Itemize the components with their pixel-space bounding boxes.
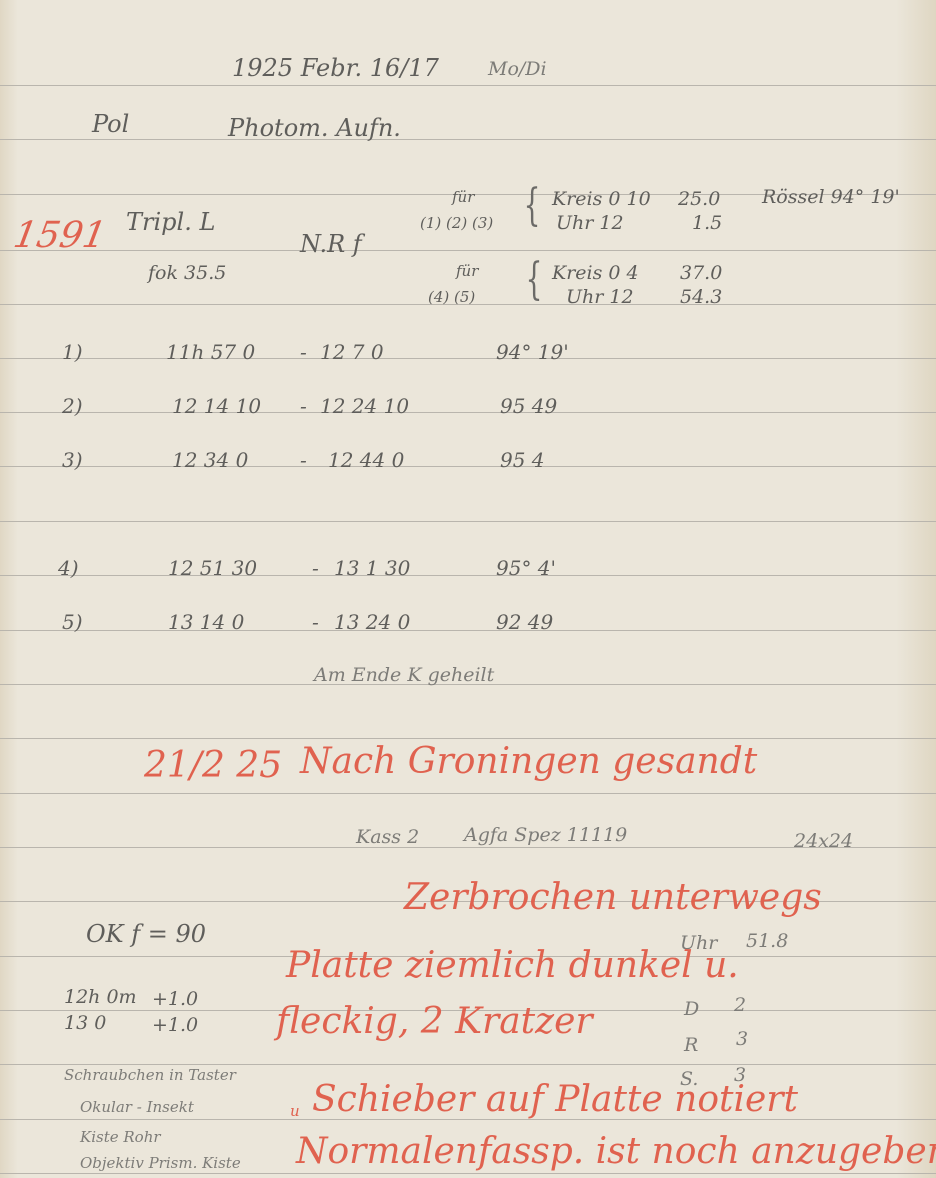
eyepiece-time: 13 0 (64, 1014, 106, 1033)
plate-size: 24x24 (794, 832, 853, 851)
eyepiece-value: +1.0 (152, 990, 198, 1009)
ruled-line (0, 738, 936, 739)
exposure-start: 11h 57 0 (166, 340, 255, 364)
exposure-start: 12 14 10 (172, 394, 261, 418)
ruled-line (0, 630, 936, 631)
ruled-line (0, 250, 936, 251)
exposure-number: 5) (62, 610, 83, 634)
exposure-number: 3) (62, 448, 83, 472)
sent-date: 21/2 25 (144, 748, 282, 784)
plate-number: 1591 (11, 218, 109, 254)
ruled-line (0, 466, 936, 467)
ruled-line (0, 139, 936, 140)
eyepiece-value: +1.0 (152, 1016, 198, 1035)
exposure-number: 4) (58, 556, 79, 580)
exposure-dash: - (312, 556, 319, 580)
sent-text: Nach Groningen gesandt (300, 744, 757, 780)
exposure-end-note: Am Ende K geheilt (314, 666, 494, 685)
correction-uhr: Uhr 12 (566, 288, 634, 307)
correction-exposures: (1) (2) (3) (420, 216, 493, 231)
rating-value: 3 (736, 1030, 748, 1049)
entry-weekday: Mo/Di (488, 60, 547, 79)
ruled-line (0, 521, 936, 522)
exposure-start: 12 34 0 (172, 448, 248, 472)
brace-icon: { (524, 184, 541, 228)
exposure-start: 12 51 30 (168, 556, 257, 580)
ruled-line (0, 575, 936, 576)
cassette-label: Kass 2 (356, 828, 419, 847)
ruled-line (0, 793, 936, 794)
bottom-note: Schraubchen in Taster (64, 1068, 236, 1083)
exposure-end: 13 24 0 (334, 610, 410, 634)
exposure-end: 13 1 30 (334, 556, 410, 580)
notebook-page: 1925 Febr. 16/17 Mo/Di Pol Photom. Aufn.… (0, 0, 936, 1178)
exposure-end: 12 24 10 (320, 394, 409, 418)
exposure-start: 13 14 0 (168, 610, 244, 634)
rating-key: D (684, 1000, 699, 1019)
clock-value: 51.8 (746, 932, 788, 951)
field-label: N.R f (300, 232, 362, 256)
entry-title: Photom. Aufn. (228, 116, 401, 140)
ruled-line (0, 1173, 936, 1174)
exposure-end: 12 44 0 (328, 448, 404, 472)
exposure-angle: 92 49 (496, 610, 553, 634)
correction-uhr-value: 54.3 (680, 288, 722, 307)
correction-uhr: Uhr 12 (556, 214, 624, 233)
focus-label: fok 35.5 (148, 264, 226, 283)
exposure-dash: - (300, 340, 307, 364)
exposure-angle: 94° 19' (496, 340, 569, 364)
exposure-number: 1) (62, 340, 83, 364)
exposure-angle: 95 4 (500, 448, 545, 472)
correction-kreis-value: 25.0 (678, 190, 720, 209)
bottom-note: Kiste Rohr (80, 1130, 161, 1145)
correction-for-label: für (452, 190, 474, 205)
rating-key: R (684, 1036, 698, 1055)
exposure-dash: - (300, 448, 307, 472)
bottom-note: Objektiv Prism. Kiste (80, 1156, 241, 1171)
exposure-angle: 95 49 (500, 394, 557, 418)
correction-note: Rössel 94° 19' (762, 188, 900, 207)
ruled-line (0, 1064, 936, 1065)
bottom-note: Okular - Insekt (80, 1100, 194, 1115)
correction-for-label: für (456, 264, 478, 279)
plate-condition-line-2: fleckig, 2 Kratzer (276, 1004, 593, 1040)
exposure-number: 2) (62, 394, 83, 418)
normal-note: Normalenfassp. ist noch anzugeben (296, 1134, 936, 1170)
correction-exposures: (4) (5) (428, 290, 475, 305)
slider-note: Schieber auf Platte notiert (312, 1082, 798, 1118)
subject-label: Pol (92, 112, 129, 136)
rating-value: 2 (734, 996, 746, 1015)
margin-mark: u (290, 1104, 300, 1119)
lens-label: Tripl. L (126, 210, 215, 234)
correction-kreis: Kreis 0 10 (552, 190, 651, 209)
exposure-angle: 95° 4' (496, 556, 556, 580)
entry-date: 1925 Febr. 16/17 (232, 56, 439, 80)
ruled-line (0, 358, 936, 359)
plate-condition-line-1: Platte ziemlich dunkel u. (286, 948, 739, 984)
ruled-line (0, 412, 936, 413)
exposure-end: 12 7 0 (320, 340, 384, 364)
ruled-line (0, 85, 936, 86)
correction-kreis-value: 37.0 (680, 264, 722, 283)
exposure-dash: - (300, 394, 307, 418)
correction-kreis: Kreis 0 4 (552, 264, 639, 283)
broken-note: Zerbrochen unterwegs (404, 880, 822, 916)
exposure-dash: - (312, 610, 319, 634)
brace-icon: { (526, 258, 543, 302)
eyepiece-focal: OK f = 90 (86, 922, 206, 946)
correction-uhr-value: 1.5 (692, 214, 722, 233)
eyepiece-time: 12h 0m (64, 988, 137, 1007)
plate-type: Agfa Spez 11119 (464, 826, 627, 845)
